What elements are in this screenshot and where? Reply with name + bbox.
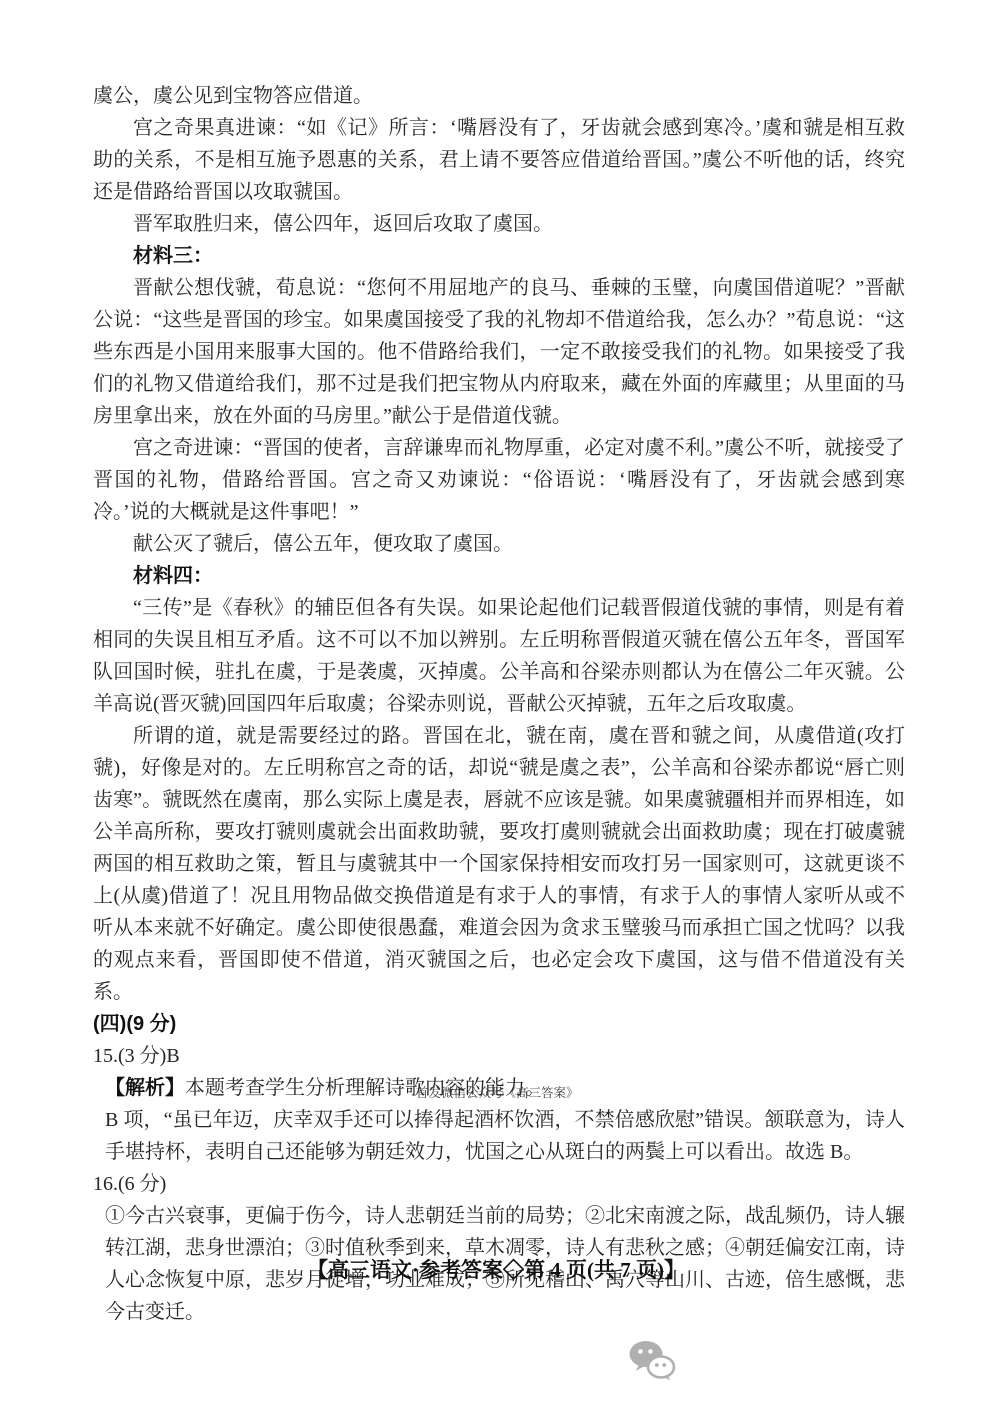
page-footer: 【高三语文·参考答案◇第 4 页(共 7 页)】 <box>0 1254 992 1284</box>
analysis-label: 【解析】 <box>105 1077 185 1099</box>
material3-heading: 材料三： <box>93 240 905 272</box>
material2-continuation-paragraph: 虞公，虞公见到宝物答应借道。 <box>93 80 905 112</box>
question16-header-line: 16.(6 分) <box>93 1168 905 1200</box>
material4-paragraph: 所谓的道，就是需要经过的路。晋国在北，虢在南，虞在晋和虢之间，从虞借道(攻打虢)… <box>93 720 905 1008</box>
question15-answer-line: 15.(3 分)B <box>93 1040 905 1072</box>
wechat-logo-icon <box>628 1340 676 1382</box>
material3-paragraph: 宫之奇进谏：“晋国的使者，言辞谦卑而礼物厚重，必定对虞不利。”虞公不听，就接受了… <box>93 432 905 528</box>
question15-explanation: B 项，“虽已年迈，庆幸双手还可以捧得起酒杯饮酒，不禁倍感欣慰”错误。颔联意为，… <box>105 1104 905 1168</box>
wechat-account-watermark: 首发微信公众号《高三答案》 <box>416 1086 579 1100</box>
answer-document-body: 虞公，虞公见到宝物答应借道。 宫之奇果真进谏：“如《记》所言：‘嘴唇没有了，牙齿… <box>93 80 905 1328</box>
scanned-answer-page: 虞公，虞公见到宝物答应借道。 宫之奇果真进谏：“如《记》所言：‘嘴唇没有了，牙齿… <box>0 0 992 1403</box>
material3-paragraph: 献公灭了虢后，僖公五年，便攻取了虞国。 <box>93 528 905 560</box>
material3-paragraph: 晋献公想伐虢，荀息说：“您何不用屈地产的良马、垂棘的玉璧，向虞国借道呢？”晋献公… <box>93 272 905 432</box>
material4-paragraph: “三传”是《春秋》的辅臣但各有失误。如果论起他们记载晋假道伐虢的事情，则是有着相… <box>93 592 905 720</box>
material2-paragraph: 宫之奇果真进谏：“如《记》所言：‘嘴唇没有了，牙齿就会感到寒冷。’虞和虢是相互救… <box>93 112 905 208</box>
section4-heading: (四)(9 分) <box>93 1008 905 1040</box>
material4-heading: 材料四： <box>93 560 905 592</box>
material2-paragraph: 晋军取胜归来，僖公四年，返回后攻取了虞国。 <box>93 208 905 240</box>
